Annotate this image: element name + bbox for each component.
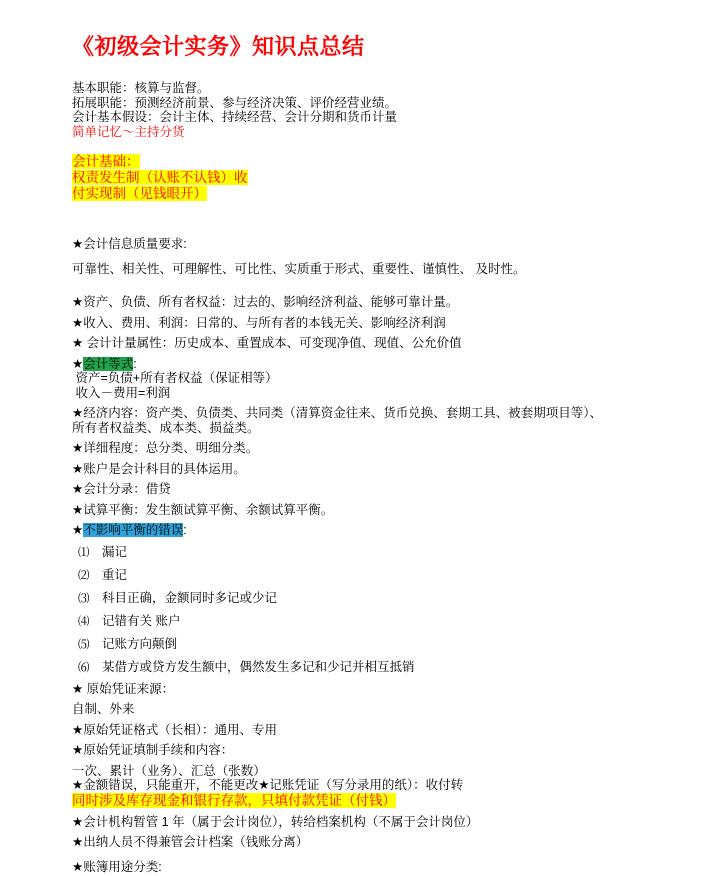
text-run: ★资产、负债、所有者权益：过去的、影响经济利益、能够可靠计量。 bbox=[72, 295, 458, 309]
paragraph: ★详细程度：总分类、明细分类。 bbox=[72, 441, 674, 456]
list-number: ⑸ bbox=[78, 638, 102, 653]
text-run: : bbox=[183, 523, 186, 537]
paragraph: ★收入、费用、利润：日常的、与所有者的本钱无关、影响经济利润 bbox=[72, 316, 674, 331]
text-run: 不影响平衡的错误 bbox=[83, 523, 183, 537]
text-run: ★原始凭证填制手续和内容： bbox=[72, 743, 233, 757]
text-run: 同时涉及库存现金和银行存款，只填付款凭证（付钱） bbox=[72, 793, 396, 808]
text-run: 付实现制（见钱眼开） bbox=[72, 186, 207, 201]
page-title: 《初级会计实务》知识点总结 bbox=[72, 33, 674, 60]
text-run: 一次、累计（业务）、汇总（张数） bbox=[72, 764, 266, 778]
text-run: : bbox=[133, 357, 136, 371]
paragraph: ★不影响平衡的错误: bbox=[72, 523, 674, 538]
paragraph: ★会计分录：借贷 bbox=[72, 482, 674, 497]
text-run: 记错有关 账户 bbox=[102, 614, 180, 628]
document-page: 《初级会计实务》知识点总结 基本职能：核算与监督。拓展职能：预测经济前景、参与经… bbox=[0, 0, 708, 876]
text-run: 漏记 bbox=[102, 545, 127, 559]
text-run: 自制、外来 bbox=[72, 702, 135, 716]
list-number: ⑹ bbox=[78, 661, 102, 676]
paragraph: ★经济内容：资产类、负债类、共同类（清算资金往来、货币兑换、套期工具、被套期项目… bbox=[72, 406, 674, 421]
text-run: 拓展职能：预测经济前景、参与经济决策、评价经营业绩。 bbox=[72, 96, 397, 110]
list-number: ⑴ bbox=[78, 546, 102, 561]
text-run: ★ 会计计量属性：历史成本、重置成本、可变现净值、现值、公允价值 bbox=[72, 336, 462, 350]
list-item: ⑶科目正确，金额同时多记或少记 bbox=[72, 591, 674, 607]
paragraph: 可靠性、相关性、可理解性、可比性、实质重于形式、重要性、谨慎性、 及时性。 bbox=[72, 262, 674, 277]
paragraph: ★原始凭证格式（长相）：通用、专用 bbox=[72, 723, 674, 738]
list-number: ⑶ bbox=[78, 592, 102, 607]
text-run: ★ bbox=[72, 523, 83, 537]
paragraph: ★会计信息质量要求: bbox=[72, 237, 674, 252]
text-run: 权责发生制（认账不认钱）收 bbox=[72, 170, 248, 185]
paragraph: 拓展职能：预测经济前景、参与经济决策、评价经营业绩。 bbox=[72, 96, 674, 111]
paragraph: 会计基础： bbox=[72, 154, 674, 170]
list-number: ⑵ bbox=[78, 569, 102, 584]
text-run: 收入－费用=利润 bbox=[72, 386, 170, 400]
text-run: ★详细程度：总分类、明细分类。 bbox=[72, 441, 258, 455]
list-item: ⑵重记 bbox=[72, 568, 674, 584]
paragraph: ★会计机构暂管 1 年（属于会计岗位），转给档案机构（不属于会计岗位） bbox=[72, 815, 674, 830]
text-run: ★ 原始凭证来源： bbox=[72, 682, 174, 696]
list-number: ⑷ bbox=[78, 615, 102, 630]
text-run: ★会计机构暂管 1 年（属于会计岗位），转给档案机构（不属于会计岗位） bbox=[72, 815, 478, 829]
text-run: 可靠性、相关性、可理解性、可比性、实质重于形式、重要性、谨慎性、 及时性。 bbox=[72, 262, 525, 276]
paragraph: ★资产、负债、所有者权益：过去的、影响经济利益、能够可靠计量。 bbox=[72, 295, 674, 310]
paragraph: 所有者权益类、成本类、损益类。 bbox=[72, 421, 674, 436]
paragraph: 付实现制（见钱眼开） bbox=[72, 186, 674, 202]
list-item: ⑸记账方向颠倒 bbox=[72, 637, 674, 653]
paragraph: ★试算平衡：发生额试算平衡、余额试算平衡。 bbox=[72, 503, 674, 518]
text-run: 基本职能：核算与监督。 bbox=[72, 81, 210, 95]
list-item: ⑴漏记 bbox=[72, 545, 674, 561]
paragraph: ★ 原始凭证来源： bbox=[72, 682, 674, 697]
text-run: 会计基本假设：会计主体、持续经营、会计分期和货币计量 bbox=[72, 110, 397, 124]
paragraph: ★原始凭证填制手续和内容： bbox=[72, 743, 674, 758]
text-run: 记账方向颠倒 bbox=[102, 637, 177, 651]
paragraph: ★出纳人员不得兼管会计档案（钱账分离） bbox=[72, 835, 674, 850]
paragraph: 基本职能：核算与监督。 bbox=[72, 81, 674, 96]
text-run: ★经济内容：资产类、负债类、共同类（清算资金往来、货币兑换、套期工具、被套期项目… bbox=[72, 406, 602, 420]
text-run: ★账户是会计科目的具体运用。 bbox=[72, 462, 246, 476]
text-run: 所有者权益类、成本类、损益类。 bbox=[72, 421, 260, 435]
document-body: 基本职能：核算与监督。拓展职能：预测经济前景、参与经济决策、评价经营业绩。会计基… bbox=[72, 81, 674, 874]
paragraph: ★账户是会计科目的具体运用。 bbox=[72, 462, 674, 477]
text-run: 简单记忆～主持分货 bbox=[72, 125, 185, 139]
list-item: ⑷记错有关 账户 bbox=[72, 614, 674, 630]
paragraph: ★金额错误，只能重开，不能更改★记账凭证（写分录用的纸）：收付转 bbox=[72, 778, 674, 793]
text-run: 资产=负债+所有者权益（保证相等） bbox=[72, 371, 278, 385]
blank-line bbox=[72, 202, 674, 227]
paragraph: 简单记忆～主持分货 bbox=[72, 125, 674, 140]
paragraph: 自制、外来 bbox=[72, 702, 674, 717]
paragraph: 收入－费用=利润 bbox=[72, 386, 674, 401]
text-run: ★原始凭证格式（长相）：通用、专用 bbox=[72, 723, 277, 737]
text-run: ★收入、费用、利润：日常的、与所有者的本钱无关、影响经济利润 bbox=[72, 316, 446, 330]
paragraph: 同时涉及库存现金和银行存款，只填付款凭证（付钱） bbox=[72, 793, 674, 809]
paragraph: 资产=负债+所有者权益（保证相等） bbox=[72, 371, 674, 386]
text-run: 会计基础： bbox=[72, 154, 140, 169]
text-run: ★账簿用途分类: bbox=[72, 860, 162, 874]
text-run: ★会计信息质量要求: bbox=[72, 237, 187, 251]
text-run: ★试算平衡：发生额试算平衡、余额试算平衡。 bbox=[72, 503, 333, 517]
paragraph: 一次、累计（业务）、汇总（张数） bbox=[72, 764, 674, 779]
text-run: ★金额错误，只能重开，不能更改★记账凭证（写分录用的纸）：收付转 bbox=[72, 778, 463, 792]
text-run: 重记 bbox=[102, 568, 127, 582]
paragraph: ★账簿用途分类: bbox=[72, 860, 674, 875]
list-item: ⑹某借方或贷方发生额中，偶然发生多记和少记并相互抵销 bbox=[72, 660, 674, 676]
paragraph: 权责发生制（认账不认钱）收 bbox=[72, 170, 674, 186]
paragraph: ★ 会计计量属性：历史成本、重置成本、可变现净值、现值、公允价值 bbox=[72, 336, 674, 351]
paragraph: ★会计等式: bbox=[72, 357, 674, 372]
paragraph: 会计基本假设：会计主体、持续经营、会计分期和货币计量 bbox=[72, 110, 674, 125]
blank-line bbox=[72, 139, 674, 154]
text-run: 会计等式 bbox=[83, 357, 133, 371]
text-run: ★出纳人员不得兼管会计档案（钱账分离） bbox=[72, 835, 308, 849]
text-run: 某借方或贷方发生额中，偶然发生多记和少记并相互抵销 bbox=[102, 660, 415, 674]
text-run: 科目正确，金额同时多记或少记 bbox=[102, 591, 277, 605]
text-run: ★ bbox=[72, 357, 83, 371]
text-run: ★会计分录：借贷 bbox=[72, 482, 171, 496]
